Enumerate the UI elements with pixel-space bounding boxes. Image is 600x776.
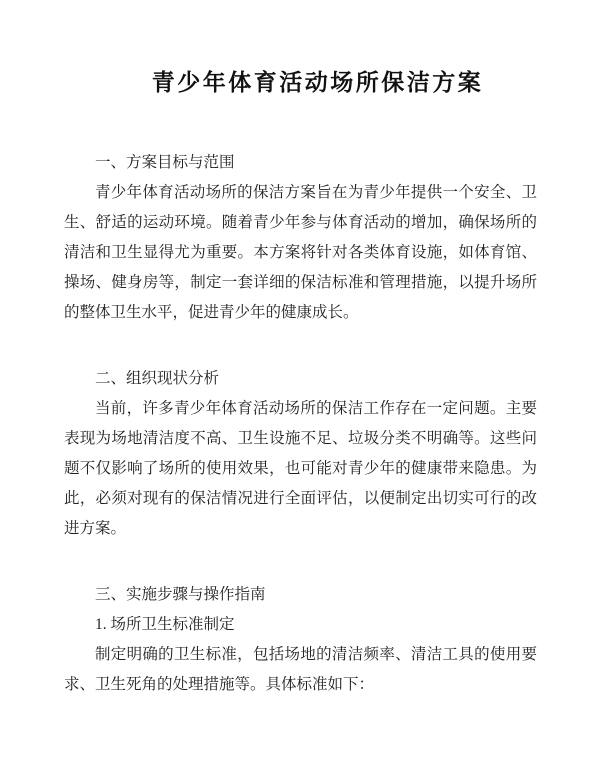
section-2-paragraph: 当前，许多青少年体育活动场所的保洁工作存在一定问题。主要表现为场地清洁度不高、卫…	[64, 394, 537, 544]
section-3-paragraph: 制定明确的卫生标准，包括场地的清洁频率、清洁工具的使用要求、卫生死角的处理措施等…	[64, 640, 537, 700]
section-heading-1: 一、方案目标与范围	[64, 148, 537, 178]
section-1-paragraph: 青少年体育活动场所的保洁方案旨在为青少年提供一个安全、卫生、舒适的运动环境。随着…	[64, 178, 537, 328]
document-page: 青少年体育活动场所保洁方案 一、方案目标与范围 青少年体育活动场所的保洁方案旨在…	[0, 0, 600, 776]
section-3-list-item: 1. 场所卫生标准制定	[64, 610, 537, 640]
section-heading-2: 二、组织现状分析	[64, 364, 537, 394]
document-title: 青少年体育活动场所保洁方案	[64, 66, 537, 98]
section-heading-3: 三、实施步骤与操作指南	[64, 580, 537, 610]
document-content: 青少年体育活动场所保洁方案 一、方案目标与范围 青少年体育活动场所的保洁方案旨在…	[0, 0, 600, 700]
